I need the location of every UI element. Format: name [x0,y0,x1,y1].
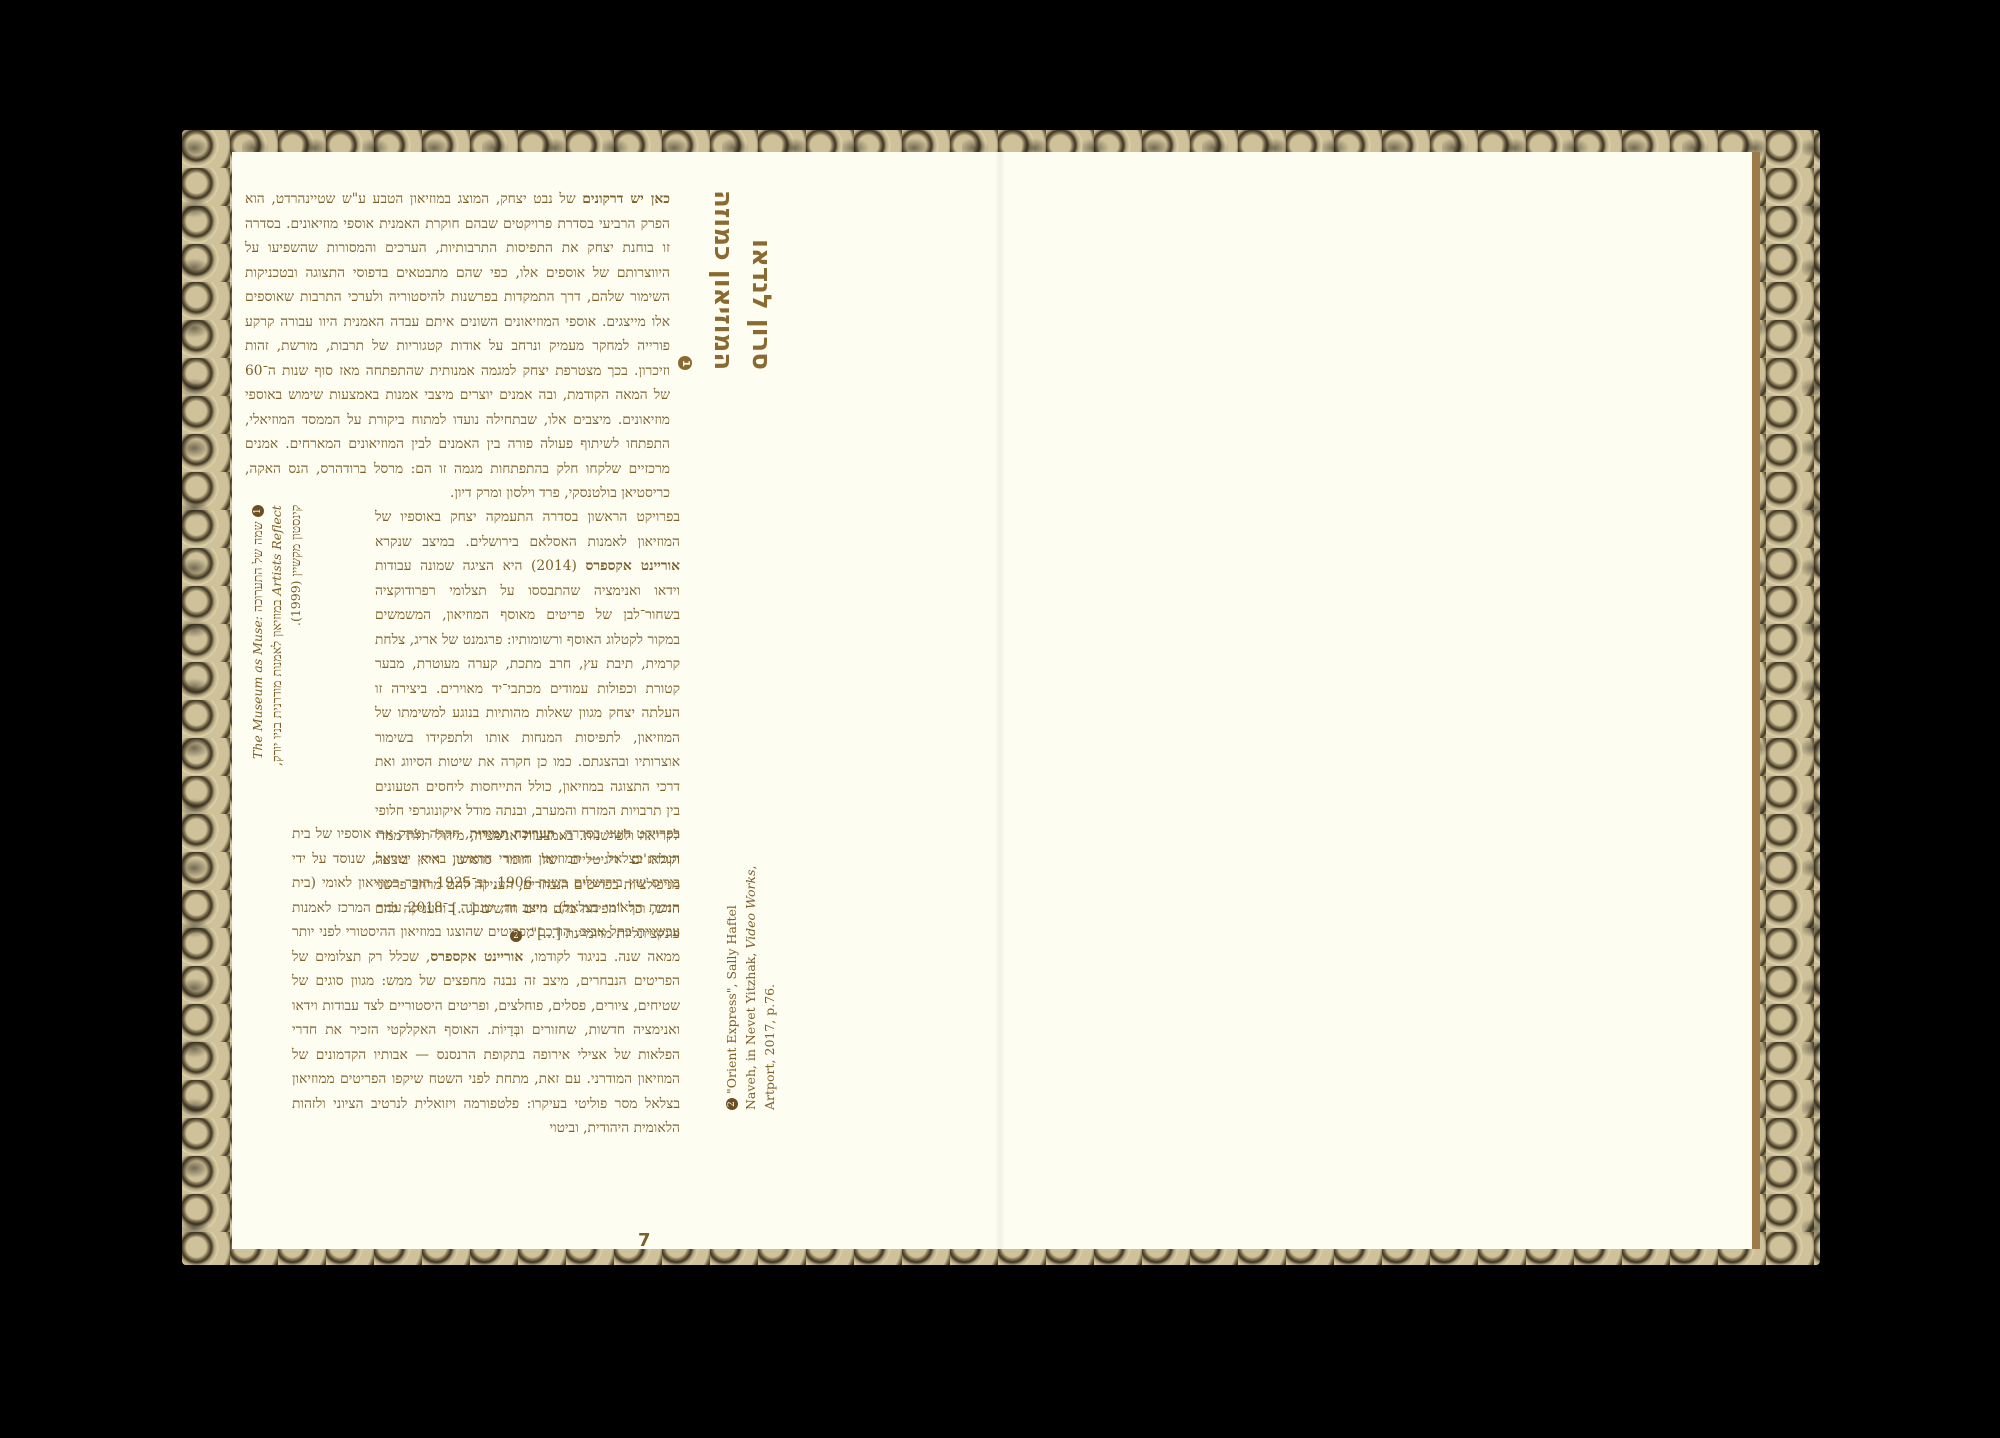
paragraph-3-text-a: בפרויקט השני בסדרה, [555,826,680,842]
paragraph-3-text-c: , שכלל רק תצלומים של הפריטים הנבחרים, מי… [292,949,680,1137]
paragraph-3-text-b: , חקרה יצחק את אוספיו של בית הנכות בצלאל… [292,826,680,965]
footnote-2: 2 "Orient Express", Sally Haftel Naveh, … [722,860,779,1110]
paragraph-1-lead: כאן יש דרקונים [582,191,670,207]
footnote-1-marker-icon: 1 [252,505,264,517]
footnote-1: 1 שמה של התערוכה The Museum as Muse: Art… [248,505,305,775]
right-page-blank [1000,152,1760,1249]
footnote-2-marker-icon: 2 [726,1098,738,1110]
paragraph-2-bold: אוריינט אקספרס [586,558,680,574]
page-number: 7 [638,1230,651,1251]
paragraph-3-bold-1: תערוכה תמידית [469,826,555,842]
paragraph-2-text-a: בפרויקט הראשון בסדרה התעמקה יצחק באוספיו… [375,509,680,550]
paragraph-1-text: של נבט יצחק, המוצג במוזיאון הטבע ע"ש שטי… [245,191,670,501]
chapter-title: סרון לנדאו המוזיאון כמוזה 1 [700,170,780,370]
book-gutter [995,152,1005,1249]
paragraph-3: בפרויקט השני בסדרה, תערוכה תמידית, חקרה … [292,822,680,1141]
footnote-marker-1-icon: 1 [678,356,692,370]
paragraph-1: כאן יש דרקונים של נבט יצחק, המוצג במוזיא… [245,187,670,506]
footnote-2-italic: Video Works [743,869,758,948]
footnote-1-text-a: שמה של התערוכה [250,521,265,616]
chapter-title-text: סרון לנדאו המוזיאון כמוזה [708,190,776,370]
paragraph-3-bold-2: אוריינט אקספרס [430,949,523,965]
